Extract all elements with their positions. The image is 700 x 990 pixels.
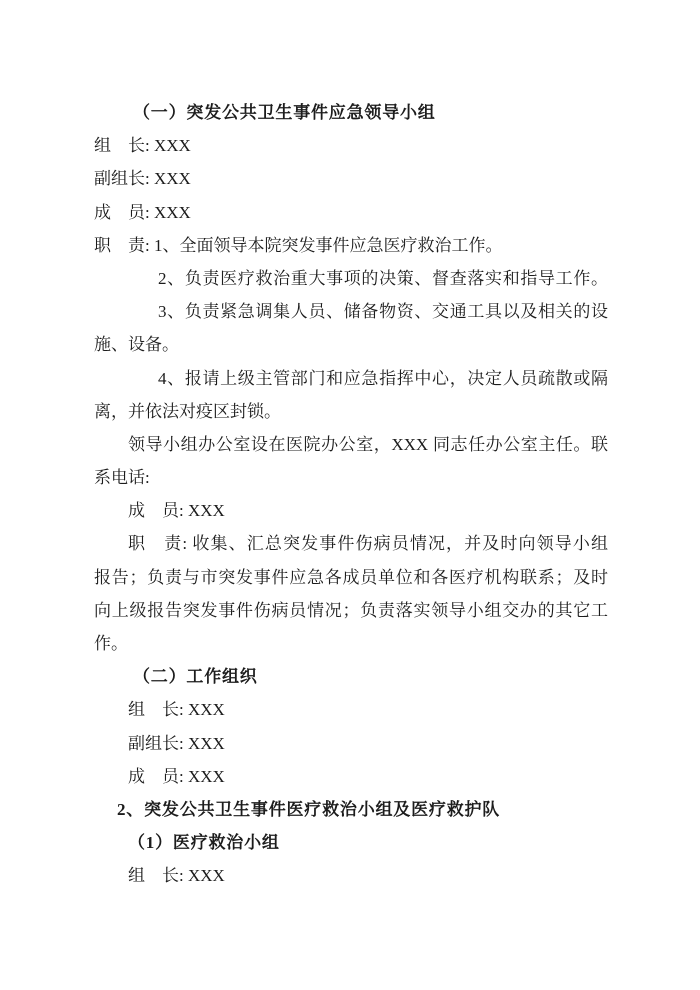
duty-line-3: 3、负责紧急调集人员、储备物资、交通工具以及相关的设: [158, 295, 608, 328]
office-duty-line-2: 报告；负责与市突发事件应急各成员单位和各医疗机构联系；及时: [94, 561, 608, 594]
role-line-deputy-leader: 副组长: XXX: [94, 162, 608, 195]
duty-line-4: 4、报请上级主管部门和应急指挥中心，决定人员疏散或隔: [158, 362, 608, 395]
section-heading-1: （一）突发公共卫生事件应急领导小组: [133, 96, 608, 129]
document-body: （一）突发公共卫生事件应急领导小组 组 长: XXX 副组长: XXX 成 员:…: [94, 96, 608, 893]
duty-line-2: 2、负责医疗救治重大事项的决策、督查落实和指导工作。: [158, 262, 608, 295]
duty-line-1: 职 责: 1、全面领导本院突发事件应急医疗救治工作。: [94, 229, 608, 262]
office-paragraph-line-1: 领导小组办公室设在医院办公室，XXX 同志任办公室主任。联: [128, 428, 608, 461]
work-org-deputy-line: 副组长: XXX: [128, 727, 608, 760]
section-heading-3: 2、突发公共卫生事件医疗救治小组及医疗救护队: [117, 793, 608, 826]
document-page: （一）突发公共卫生事件应急领导小组 组 长: XXX 副组长: XXX 成 员:…: [0, 0, 700, 990]
role-line-members: 成 员: XXX: [94, 196, 608, 229]
office-duty-line-3: 向上级报告突发事件伤病员情况；负责落实领导小组交办的其它工: [94, 594, 608, 627]
office-duty-line-4: 作。: [94, 627, 608, 660]
rescue-group-leader-line: 组 长: XXX: [128, 859, 608, 892]
section-heading-2: （二）工作组织: [133, 660, 608, 693]
office-duty-line-1: 职 责: 收集、汇总突发事件伤病员情况，并及时向领导小组: [128, 527, 608, 560]
role-line-leader: 组 长: XXX: [94, 129, 608, 162]
office-members-line: 成 员: XXX: [128, 494, 608, 527]
duty-line-3-continued: 施、设备。: [94, 328, 608, 361]
work-org-members-line: 成 员: XXX: [128, 760, 608, 793]
office-paragraph-line-2: 系电话:: [94, 461, 608, 494]
work-org-leader-line: 组 长: XXX: [128, 693, 608, 726]
duty-line-4-continued: 离，并依法对疫区封锁。: [94, 395, 608, 428]
section-heading-4: （1）医疗救治小组: [128, 826, 608, 859]
